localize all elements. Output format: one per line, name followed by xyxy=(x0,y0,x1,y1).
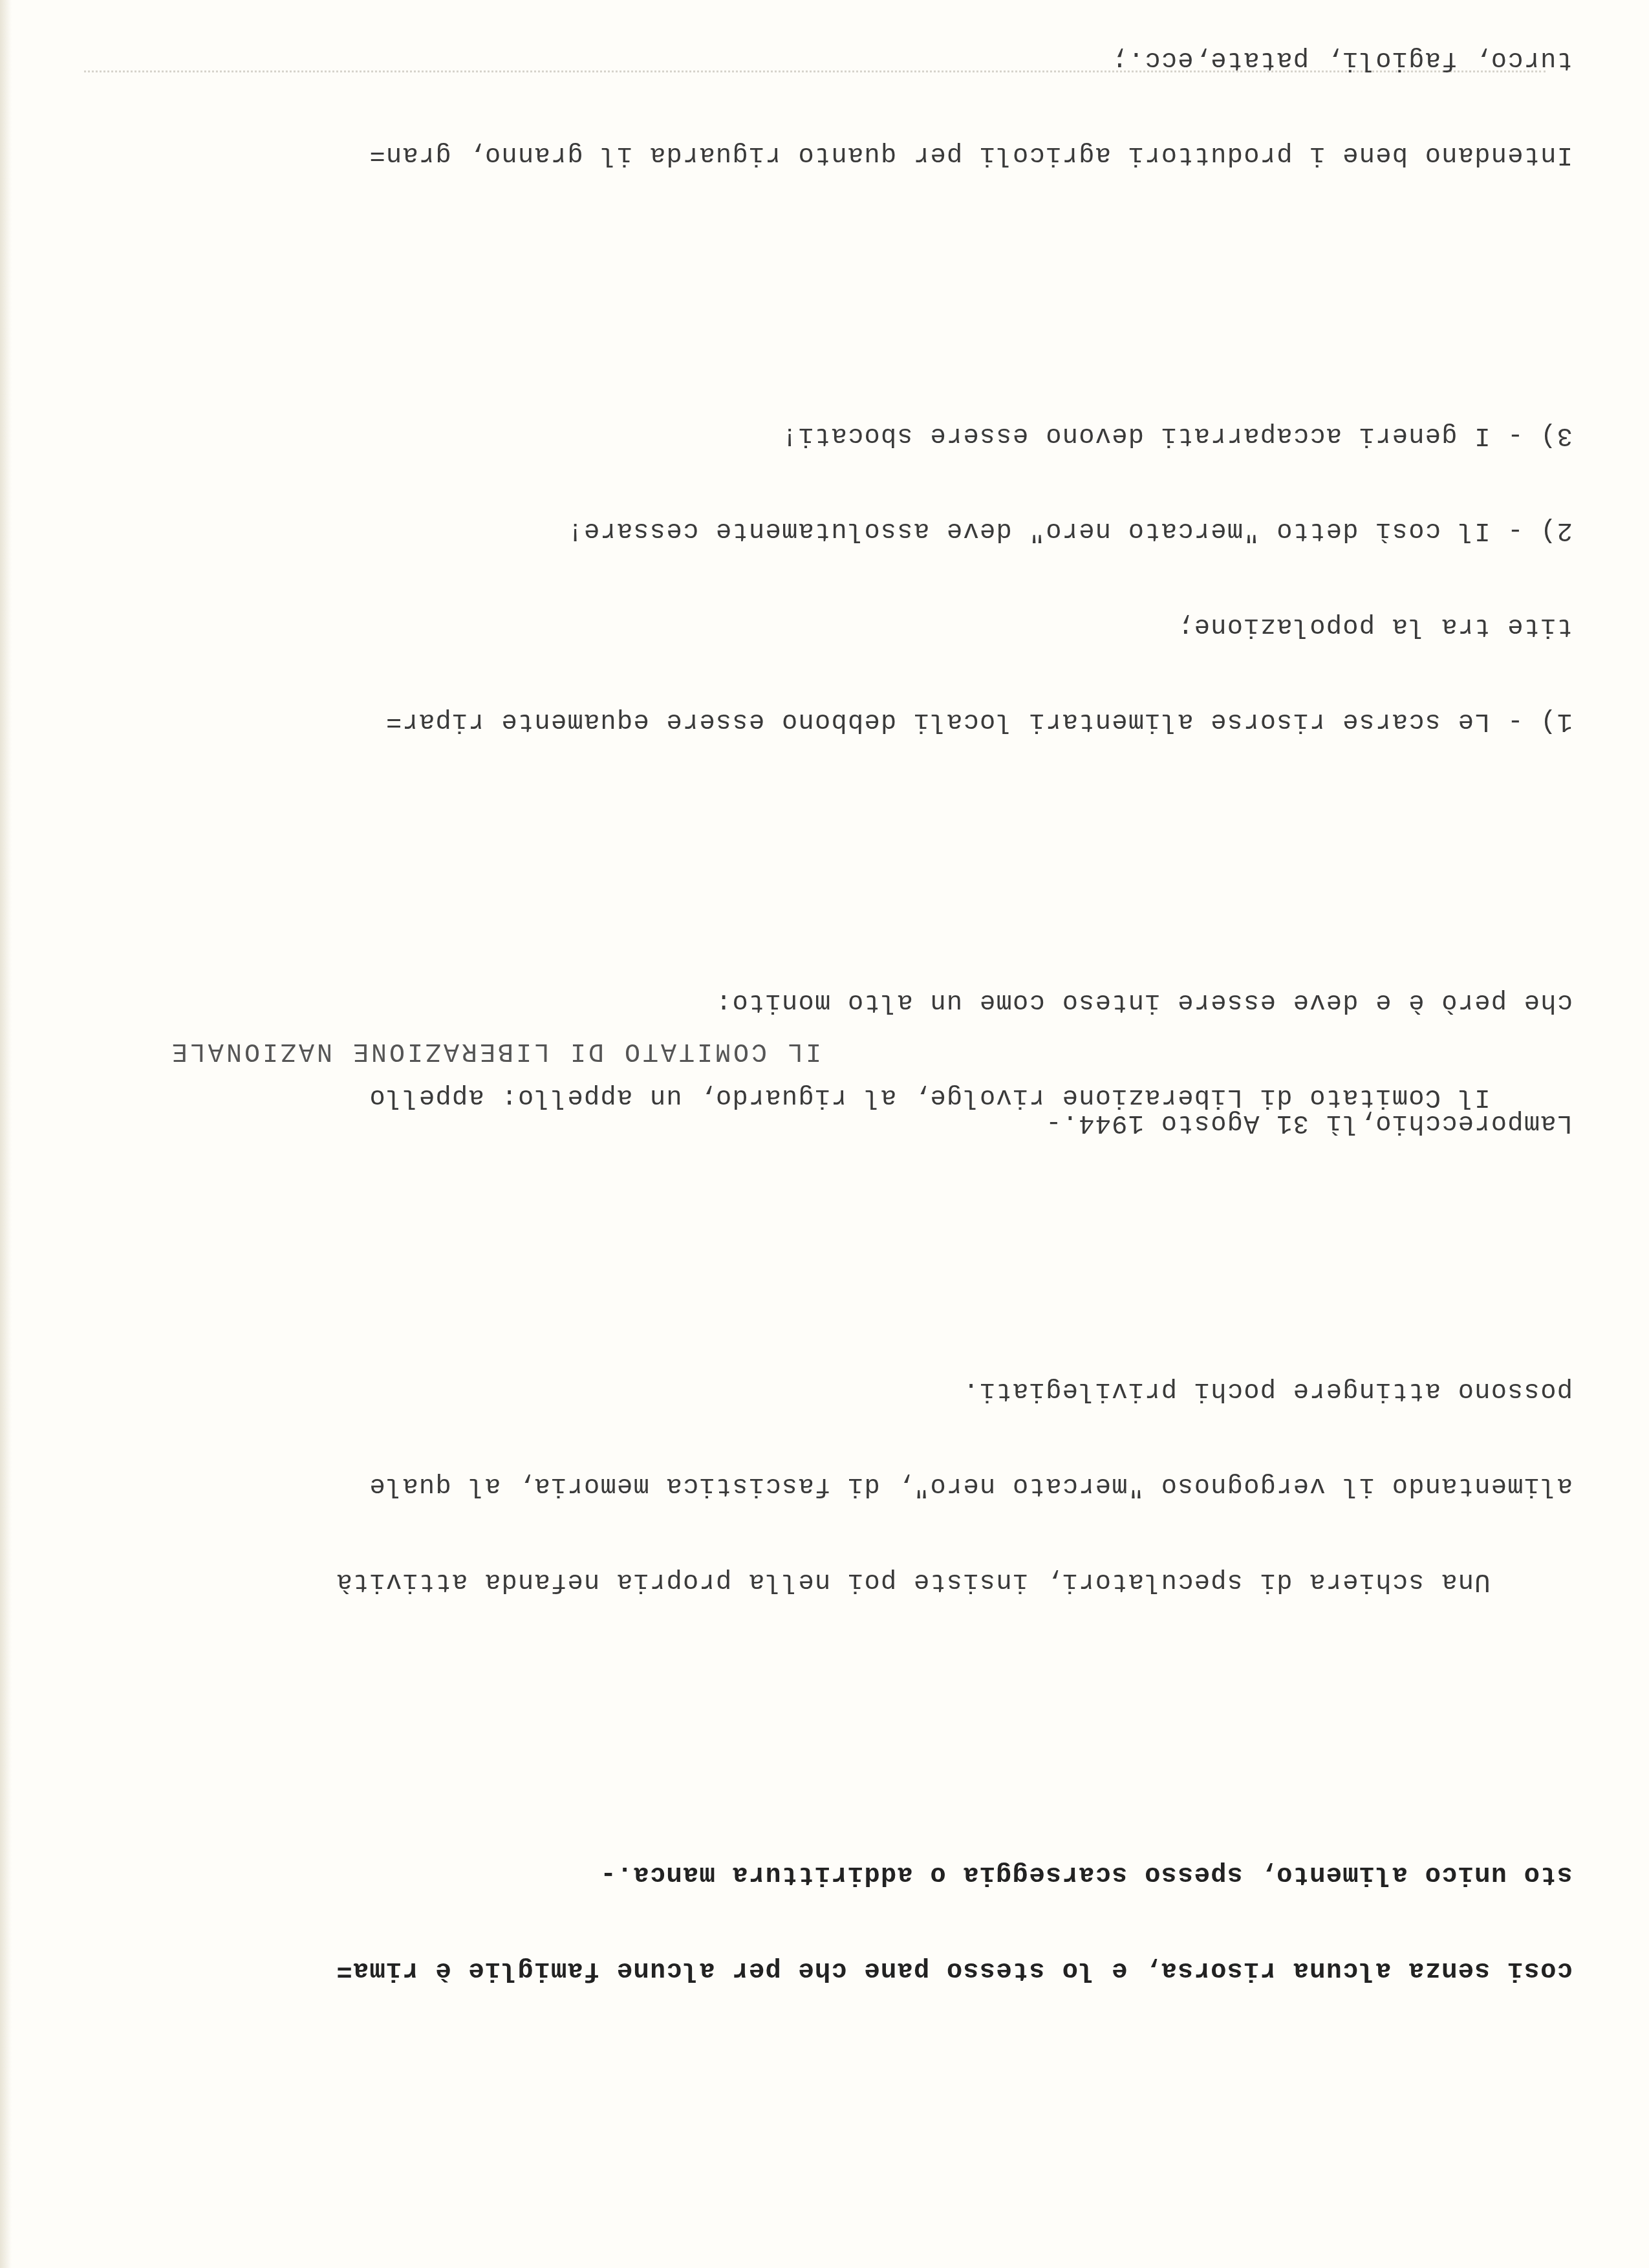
paragraph-5: Intendano bene i produttori agricoli per… xyxy=(8,0,1573,232)
list-item: 3) - I generi accaparrati devono essere … xyxy=(8,417,1573,453)
list-item: 2) - Il così detto "mercato nero" deve a… xyxy=(8,512,1573,548)
document-page: cosi senza alcuna risorsa, e lo stesso p… xyxy=(0,0,1649,2268)
list-item: 1) - Le scarse risorse alimentari locali… xyxy=(8,703,1573,739)
text-line: sto unico alimento, spesso scarseggia o … xyxy=(8,1856,1573,1892)
text-line: turco, fagioli, patate,ecc.; xyxy=(8,41,1573,78)
text-line: cosi senza alcuna risorsa, e lo stesso p… xyxy=(8,1952,1573,1988)
paragraph-4-list: 1) - Le scarse risorse alimentari locali… xyxy=(8,358,1573,799)
text-line: che però è e deve essere inteso come un … xyxy=(8,984,1573,1020)
signature: IL COMITATO DI LIBERAZIONE NAZIONALE xyxy=(169,1036,821,1065)
text-line: Una schiera di speculatori, insiste poi … xyxy=(8,1563,1573,1599)
date-line: Lamporecchio,lì 31 Agosto 1944.- xyxy=(1045,1108,1573,1138)
list-item: tite tra la popolazione; xyxy=(8,608,1573,644)
text-line: alimentando il vergognoso "mercato nero"… xyxy=(8,1467,1573,1504)
paragraph-2: Una schiera di speculatori, insiste poi … xyxy=(8,1313,1573,1659)
text-line: Intendano bene i produttori agricoli per… xyxy=(8,136,1573,173)
paragraph-1: cosi senza alcuna risorsa, e lo stesso p… xyxy=(8,1797,1573,2047)
text-line: possono attingere pochi privilegiati. xyxy=(8,1372,1573,1409)
